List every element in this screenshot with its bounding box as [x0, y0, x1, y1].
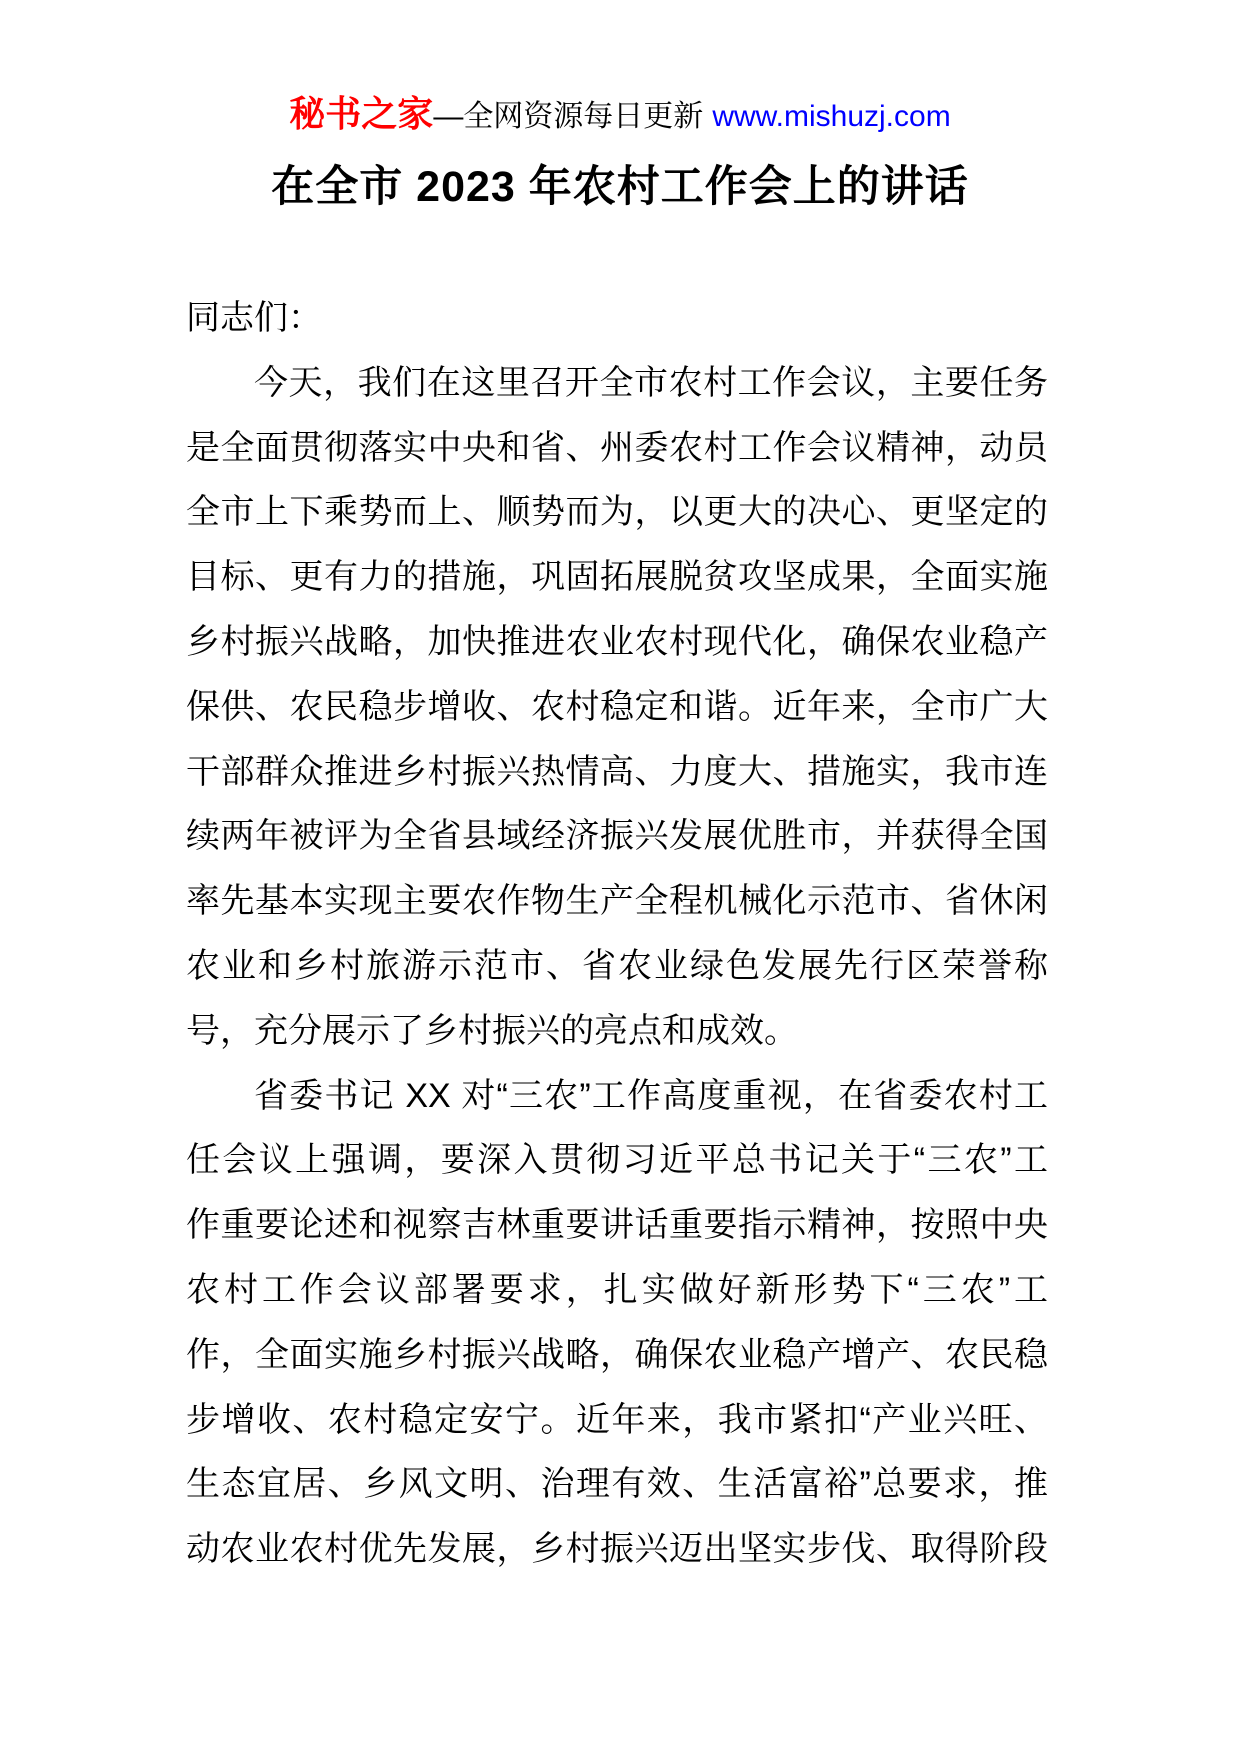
body-line: 率先基本实现主要农作物生产全程机械化示范市、省休闲	[186, 869, 1048, 934]
site-header: 秘书之家—全网资源每日更新www.mishuzj.com	[0, 96, 1240, 132]
body-line: 续两年被评为全省县域经济振兴发展优胜市，并获得全国	[186, 804, 1048, 869]
body-line: 农村工作会议部署要求，扎实做好新形势下“三农”工	[186, 1258, 1048, 1323]
body-line: 号，充分展示了乡村振兴的亮点和成效。	[186, 999, 1048, 1064]
document-page: 秘书之家—全网资源每日更新www.mishuzj.com 在全市 2023 年农…	[0, 0, 1240, 1754]
document-body: 同志们：今天，我们在这里召开全市农村工作会议，主要任务是全面贯彻落实中央和省、州…	[186, 286, 1048, 1582]
body-line: 保供、农民稳步增收、农村稳定和谐。近年来，全市广大	[186, 675, 1048, 740]
body-line: 干部群众推进乡村振兴热情高、力度大、措施实，我市连	[186, 740, 1048, 805]
body-line: 农业和乡村旅游示范市、省农业绿色发展先行区荣誉称	[186, 934, 1048, 999]
body-line: 今天，我们在这里召开全市农村工作会议，主要任务	[186, 351, 1048, 416]
body-line: 步增收、农村稳定安宁。近年来，我市紧扣“产业兴旺、	[186, 1388, 1048, 1453]
body-line: 省委书记 XX 对“三农”工作高度重视，在省委农村工	[186, 1064, 1048, 1129]
body-line: 作，全面实施乡村振兴战略，确保农业稳产增产、农民稳	[186, 1323, 1048, 1388]
body-line: 全市上下乘势而上、顺势而为，以更大的决心、更坚定的	[186, 480, 1048, 545]
site-brand: 秘书之家	[289, 93, 433, 134]
body-line: 任会议上强调，要深入贯彻习近平总书记关于“三农”工	[186, 1128, 1048, 1193]
body-line: 作重要论述和视察吉林重要讲话重要指示精神，按照中央	[186, 1193, 1048, 1258]
body-line: 生态宜居、乡风文明、治理有效、生活富裕”总要求，推	[186, 1452, 1048, 1517]
body-line: 乡村振兴战略，加快推进农业农村现代化，确保农业稳产	[186, 610, 1048, 675]
body-line: 是全面贯彻落实中央和省、州委农村工作会议精神，动员	[186, 416, 1048, 481]
body-line: 同志们：	[186, 286, 1048, 351]
document-title: 在全市 2023 年农村工作会上的讲话	[0, 166, 1240, 209]
body-line: 动农业农村优先发展，乡村振兴迈出坚实步伐、取得阶段	[186, 1517, 1048, 1582]
site-tagline: —全网资源每日更新	[433, 100, 703, 133]
site-url-link[interactable]: www.mishuzj.com	[712, 100, 950, 133]
body-line: 目标、更有力的措施，巩固拓展脱贫攻坚成果，全面实施	[186, 545, 1048, 610]
